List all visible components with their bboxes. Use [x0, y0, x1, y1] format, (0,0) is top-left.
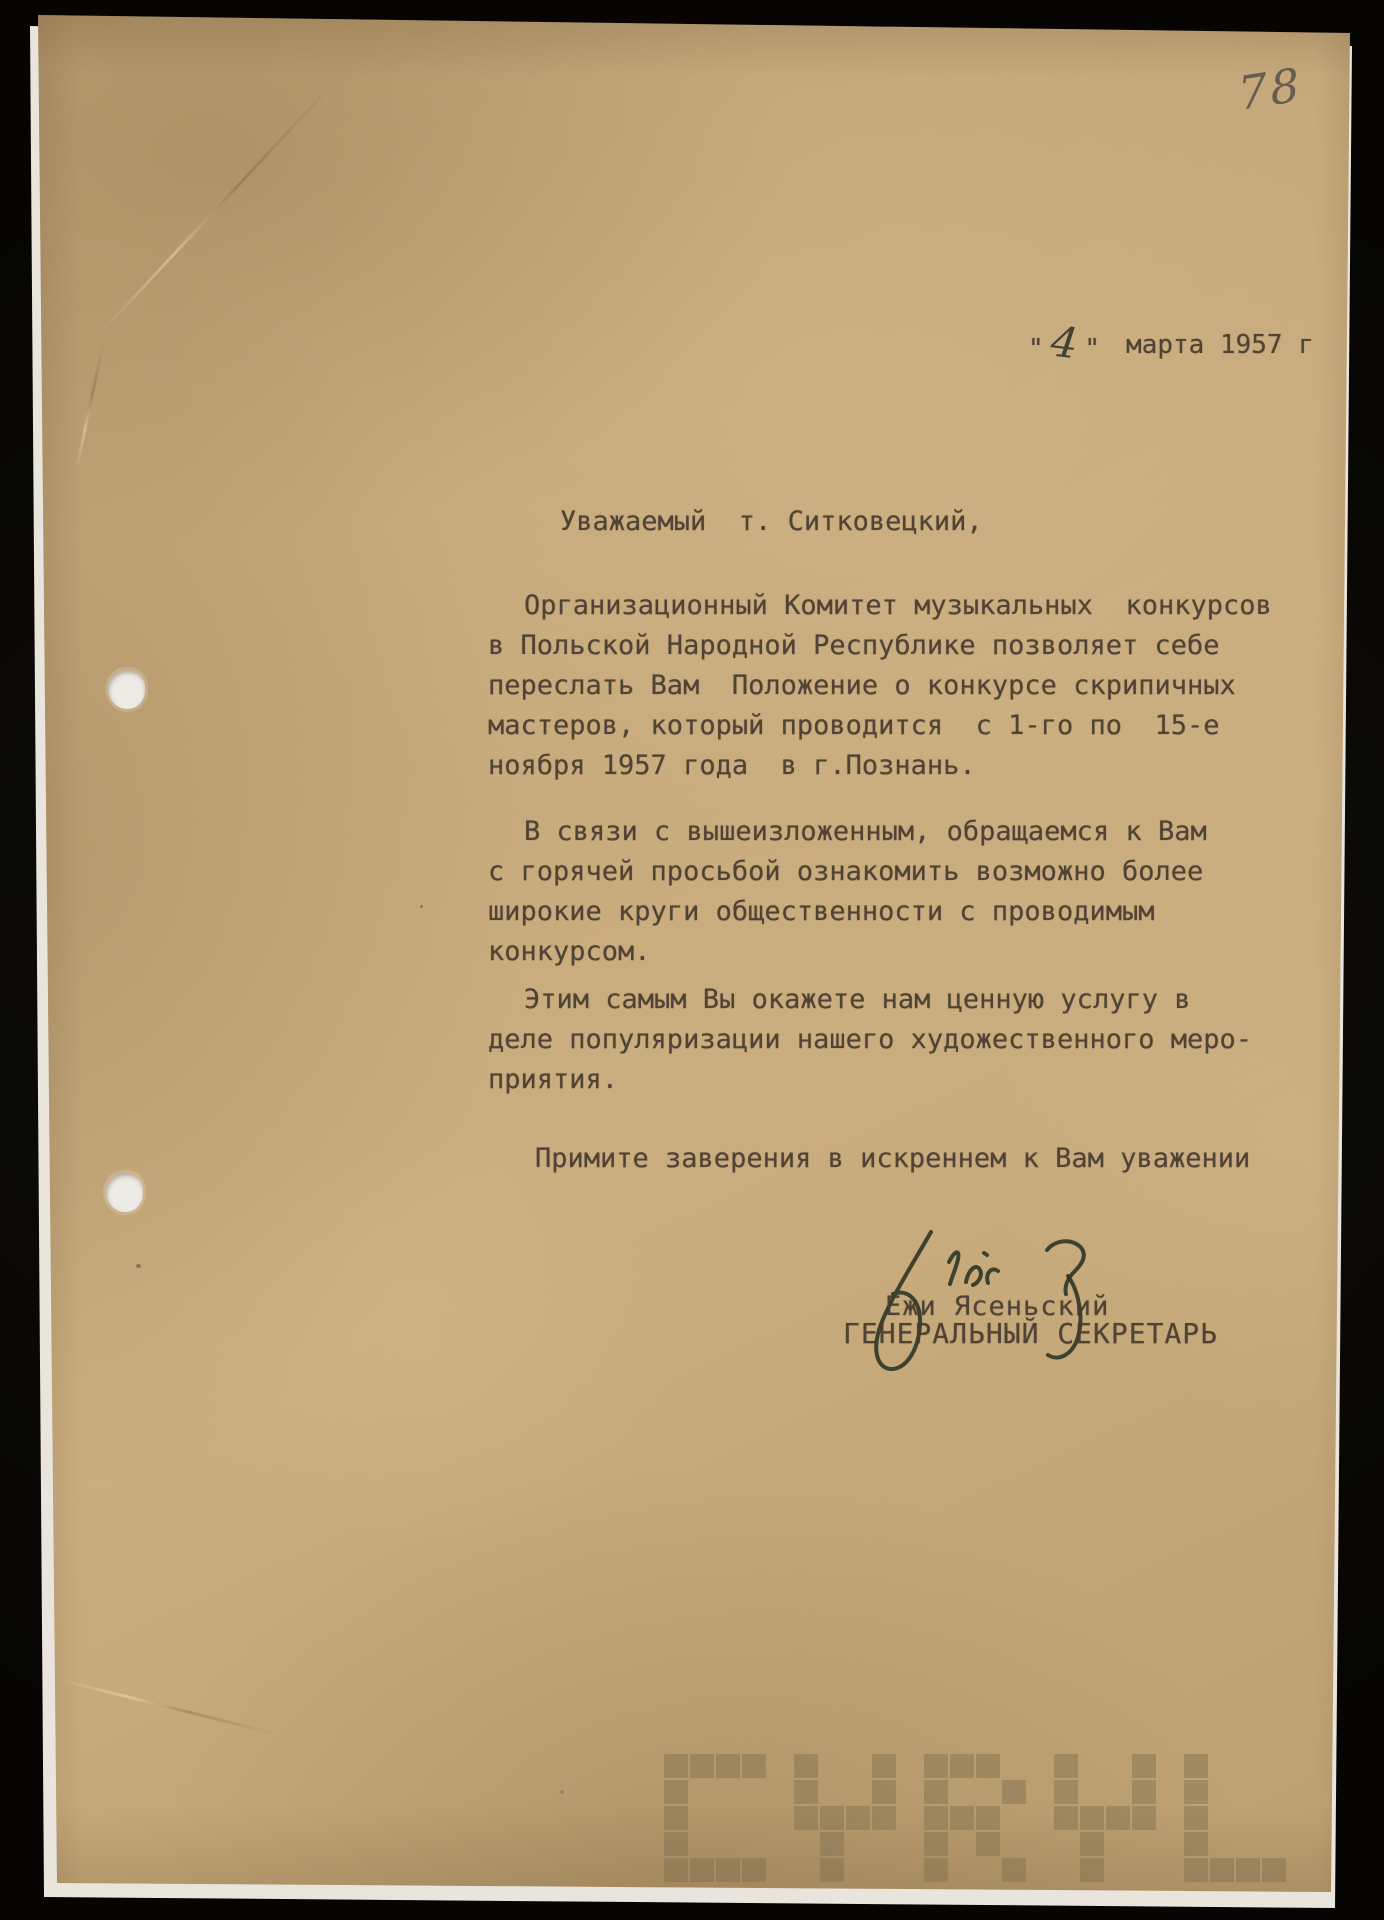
paper-crease	[75, 329, 108, 471]
signatory-title: ГЕНЕРАЛЬНЫЙ СЕКРЕТАРЬ	[843, 1317, 1218, 1350]
body-line: широкие круги общественности с проводимы…	[488, 896, 1207, 936]
date-day-handwritten: 4	[1048, 321, 1080, 366]
paper-speck	[136, 1264, 141, 1268]
body-line: мастеров, который проводится с 1-го по 1…	[488, 710, 1272, 750]
salutation: Уважаемый т. Ситковецкий,	[560, 506, 983, 546]
paper-speck	[560, 1790, 564, 1794]
closing-line: Примите заверения в искреннем к Вам уваж…	[535, 1143, 1250, 1183]
body-line: В связи с вышеизложенным, обращаемся к В…	[488, 816, 1207, 856]
body-line: переслать Вам Положение о конкурсе скрип…	[488, 670, 1272, 710]
date-quote-open: "	[1028, 334, 1044, 364]
body-line: в Польской Народной Республике позволяет…	[488, 630, 1272, 670]
paper-speck	[420, 905, 423, 908]
paragraph-1: Организационный Комитет музыкальных конк…	[488, 590, 1272, 790]
salutation-text: Уважаемый т. Ситковецкий,	[560, 506, 983, 546]
body-line: приятия.	[488, 1064, 1252, 1104]
letter-paper: 78 " 4 " марта 1957 г Уважаемый т. Ситко…	[0, 0, 1384, 1920]
body-line: ноября 1957 года в г.Познань.	[488, 750, 1272, 790]
paragraph-2: В связи с вышеизложенным, обращаемся к В…	[488, 816, 1207, 976]
date-quote-close: "	[1084, 334, 1100, 364]
body-line: Организационный Комитет музыкальных конк…	[488, 590, 1272, 630]
punch-hole	[108, 670, 145, 709]
date-line: " 4 " марта 1957 г	[1028, 330, 1314, 372]
watermark-cyryl: CYRYL	[664, 1754, 1288, 1884]
scanned-letter-page: 78 " 4 " марта 1957 г Уважаемый т. Ситко…	[0, 0, 1384, 1920]
closing-text: Примите заверения в искреннем к Вам уваж…	[535, 1143, 1250, 1183]
paragraph-3: Этим самым Вы окажете нам ценную услугу …	[488, 984, 1252, 1104]
body-line: деле популяризации нашего художественног…	[488, 1024, 1252, 1064]
paper-crease	[58, 1678, 296, 1740]
page-number-handwritten: 78	[1236, 57, 1304, 121]
date-month-year: марта 1957 г	[1126, 330, 1314, 360]
body-line: с горячей просьбой ознакомить возможно б…	[488, 856, 1207, 896]
punch-hole	[106, 1173, 143, 1212]
body-line: Этим самым Вы окажете нам ценную услугу …	[488, 984, 1252, 1024]
paper-crease	[99, 60, 355, 334]
body-line: конкурсом.	[488, 936, 1207, 976]
